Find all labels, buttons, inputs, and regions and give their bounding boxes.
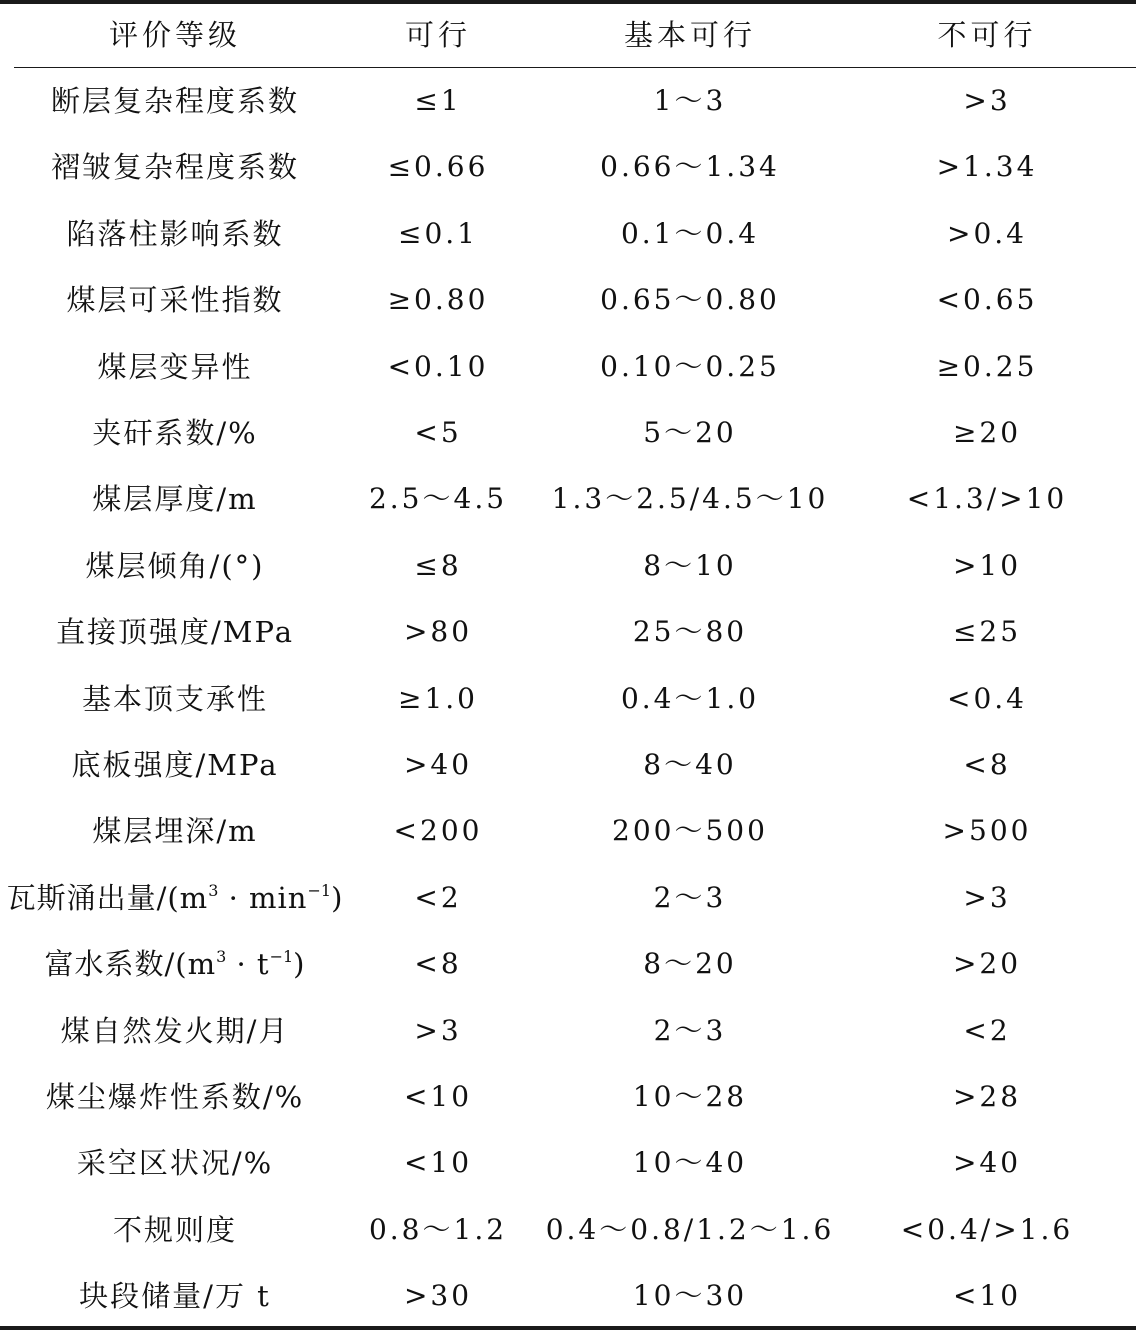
infeasible-value: >3 [862,68,1112,134]
feasible-value: <5 [352,400,524,466]
table-row: 煤层可采性指数≥0.800.65～0.80<0.65 [0,267,1136,333]
indicator-middle: · t [226,947,269,981]
feasible-value: >30 [352,1263,524,1329]
basically-feasible-value: 10～40 [540,1130,840,1196]
basically-feasible-value: 10～30 [540,1263,840,1329]
table-row: 块段储量/万 t>3010～30<10 [0,1263,1136,1329]
indicator-name: 煤层埋深/m [0,798,350,864]
basically-feasible-value: 0.1～0.4 [540,201,840,267]
indicator-name: 基本顶支承性 [0,666,350,732]
feasible-value: <2 [352,865,524,931]
feasible-value: 2.5～4.5 [352,466,524,532]
infeasible-value: <0.4 [862,666,1112,732]
basically-feasible-value: 2～3 [540,865,840,931]
infeasible-value: >10 [862,533,1112,599]
evaluation-criteria-table: 评价等级 可行 基本可行 不可行 断层复杂程度系数≤11～3>3褶皱复杂程度系数… [0,0,1136,1330]
indicator-name: 煤层倾角/(°) [0,533,350,599]
indicator-superscript: 3 [216,947,226,966]
basically-feasible-value: 1.3～2.5/4.5～10 [540,466,840,532]
table-row: 基本顶支承性≥1.00.4～1.0<0.4 [0,666,1136,732]
indicator-middle: · min [218,881,307,915]
basically-feasible-value: 8～20 [540,931,840,997]
feasible-value: ≥1.0 [352,666,524,732]
table-row: 煤自然发火期/月>32～3<2 [0,998,1136,1064]
header-feasible: 可行 [352,2,524,68]
table-row: 瓦斯涌出量/(m3 · min−1)<22～3>3 [0,865,1136,931]
feasible-value: <10 [352,1130,524,1196]
indicator-name: 块段储量/万 t [0,1263,350,1329]
basically-feasible-value: 0.4～1.0 [540,666,840,732]
indicator-name: 煤自然发火期/月 [0,998,350,1064]
table-row: 采空区状况/%<1010～40>40 [0,1130,1136,1196]
indicator-name: 煤层变异性 [0,334,350,400]
feasible-value: ≤1 [352,68,524,134]
feasible-value: >80 [352,599,524,665]
table-row: 不规则度0.8～1.20.4～0.8/1.2～1.6<0.4/>1.6 [0,1197,1136,1263]
infeasible-value: <8 [862,732,1112,798]
infeasible-value: <0.65 [862,267,1112,333]
feasible-value: <8 [352,931,524,997]
indicator-name: 富水系数/(m3 · t−1) [0,931,350,997]
infeasible-value: ≥0.25 [862,334,1112,400]
indicator-name: 不规则度 [0,1197,350,1263]
indicator-suffix: ) [293,947,305,981]
header-infeasible: 不可行 [862,2,1112,68]
indicator-name: 直接顶强度/MPa [0,599,350,665]
infeasible-value: >40 [862,1130,1112,1196]
indicator-name: 夹矸系数/% [0,400,350,466]
indicator-name: 采空区状况/% [0,1130,350,1196]
infeasible-value: >500 [862,798,1112,864]
infeasible-value: >20 [862,931,1112,997]
basically-feasible-value: 8～10 [540,533,840,599]
basically-feasible-value: 8～40 [540,732,840,798]
table-header-row: 评价等级 可行 基本可行 不可行 [0,2,1136,68]
infeasible-value: <2 [862,998,1112,1064]
basically-feasible-value: 200～500 [540,798,840,864]
feasible-value: ≤8 [352,533,524,599]
feasible-value: >3 [352,998,524,1064]
basically-feasible-value: 5～20 [540,400,840,466]
table-row: 直接顶强度/MPa>8025～80≤25 [0,599,1136,665]
table-row: 陷落柱影响系数≤0.10.1～0.4>0.4 [0,201,1136,267]
table-row: 富水系数/(m3 · t−1)<88～20>20 [0,931,1136,997]
indicator-name: 陷落柱影响系数 [0,201,350,267]
feasible-value: 0.8～1.2 [352,1197,524,1263]
header-evaluation-level: 评价等级 [0,2,350,68]
table-row: 煤层变异性<0.100.10～0.25≥0.25 [0,334,1136,400]
table-row: 夹矸系数/%<55～20≥20 [0,400,1136,466]
indicator-name: 煤层可采性指数 [0,267,350,333]
header-basically-feasible: 基本可行 [540,2,840,68]
indicator-name: 断层复杂程度系数 [0,68,350,134]
infeasible-value: >0.4 [862,201,1112,267]
table-row: 断层复杂程度系数≤11～3>3 [0,68,1136,134]
table-row: 底板强度/MPa>408～40<8 [0,732,1136,798]
indicator-superscript: −1 [270,947,294,966]
indicator-prefix: 瓦斯涌出量/(m [7,881,209,915]
table-row: 褶皱复杂程度系数≤0.660.66～1.34>1.34 [0,134,1136,200]
infeasible-value: >1.34 [862,134,1112,200]
indicator-name: 底板强度/MPa [0,732,350,798]
infeasible-value: >28 [862,1064,1112,1130]
indicator-suffix: ) [331,881,343,915]
basically-feasible-value: 10～28 [540,1064,840,1130]
feasible-value: ≤0.1 [352,201,524,267]
infeasible-value: <0.4/>1.6 [862,1197,1112,1263]
feasible-value: ≥0.80 [352,267,524,333]
feasible-value: <200 [352,798,524,864]
indicator-name: 煤层厚度/m [0,466,350,532]
table-row: 煤尘爆炸性系数/%<1010～28>28 [0,1064,1136,1130]
indicator-name: 煤尘爆炸性系数/% [0,1064,350,1130]
basically-feasible-value: 0.4～0.8/1.2～1.6 [540,1197,840,1263]
basically-feasible-value: 2～3 [540,998,840,1064]
infeasible-value: <10 [862,1263,1112,1329]
basically-feasible-value: 0.66～1.34 [540,134,840,200]
indicator-superscript: −1 [307,881,331,900]
basically-feasible-value: 1～3 [540,68,840,134]
infeasible-value: ≤25 [862,599,1112,665]
feasible-value: >40 [352,732,524,798]
infeasible-value: >3 [862,865,1112,931]
indicator-name: 瓦斯涌出量/(m3 · min−1) [0,865,350,931]
infeasible-value: <1.3/>10 [862,466,1112,532]
feasible-value: ≤0.66 [352,134,524,200]
table-bottom-rule [0,1326,1136,1330]
table-row: 煤层埋深/m<200200～500>500 [0,798,1136,864]
basically-feasible-value: 25～80 [540,599,840,665]
table-row: 煤层倾角/(°)≤88～10>10 [0,533,1136,599]
feasible-value: <10 [352,1064,524,1130]
basically-feasible-value: 0.10～0.25 [540,334,840,400]
table-row: 煤层厚度/m2.5～4.51.3～2.5/4.5～10<1.3/>10 [0,466,1136,532]
indicator-superscript: 3 [208,881,218,900]
indicator-prefix: 富水系数/(m [44,947,216,981]
feasible-value: <0.10 [352,334,524,400]
infeasible-value: ≥20 [862,400,1112,466]
indicator-name: 褶皱复杂程度系数 [0,134,350,200]
basically-feasible-value: 0.65～0.80 [540,267,840,333]
